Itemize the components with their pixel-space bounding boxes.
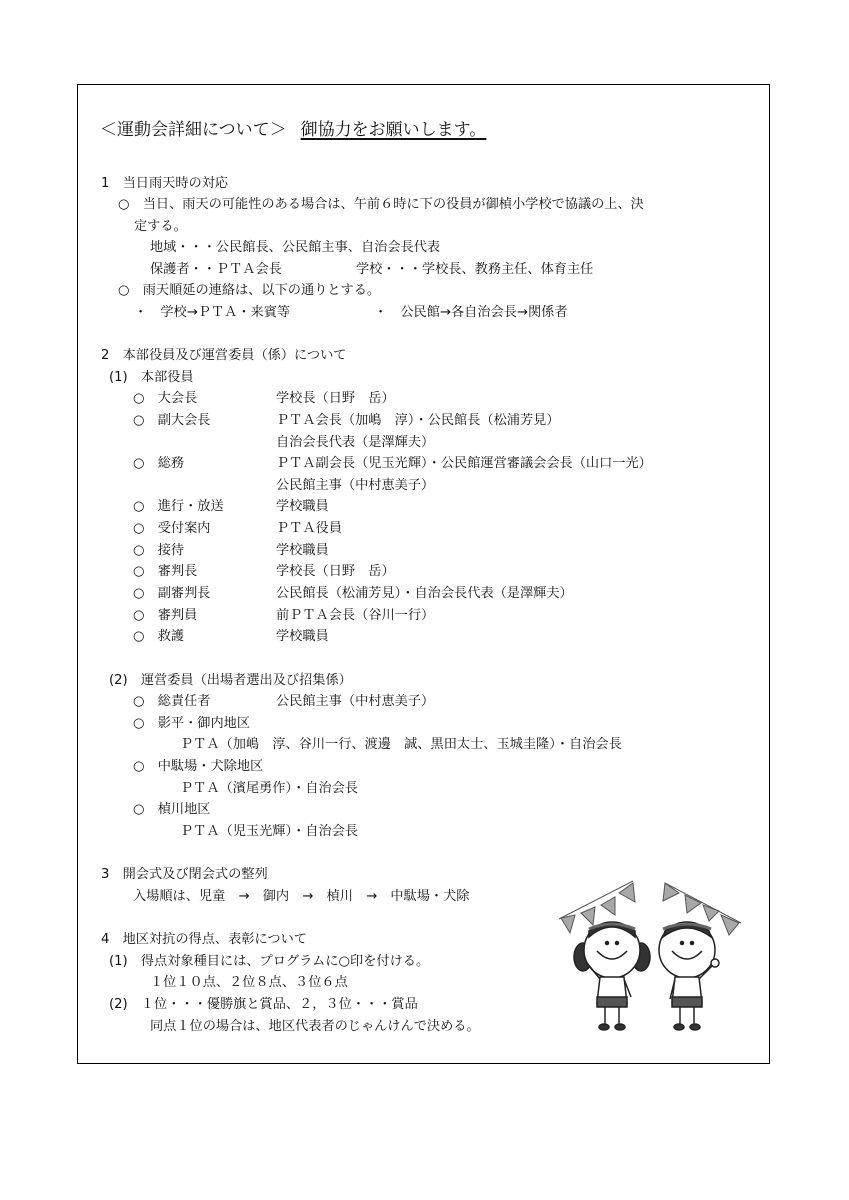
- girl-figure-icon: [574, 922, 650, 1030]
- role-label: ○ 救護: [133, 629, 184, 645]
- section2-heading: 2 本部役員及び運営委員（係）について: [101, 348, 347, 364]
- chief-value: 公民館主事（中村恵美子）: [276, 694, 434, 710]
- role-value: 前ＰＴＡ会長（谷川一行）: [276, 608, 434, 624]
- role-value: ＰＴＡ役員: [276, 521, 342, 537]
- section2-sub1-heading: (1) 本部役員: [109, 370, 194, 386]
- role-value: 学校職員: [276, 499, 329, 515]
- district-name: ○ 影平・御内地区: [133, 716, 250, 732]
- role-label: ○ 副審判長: [133, 586, 210, 602]
- bunting-flags-icon: [559, 881, 741, 935]
- page-title: ＜運動会詳細について＞御協力をお願いします。: [100, 119, 486, 141]
- section3-heading: 3 開会式及び閉会式の整列: [101, 867, 268, 883]
- role-label: ○ 総務: [133, 456, 184, 472]
- section4-heading: 4 地区対抗の得点、表彰について: [101, 932, 307, 948]
- role-label: ○ 副大会長: [133, 413, 210, 429]
- scoring-points: １位１０点、２位８点、３位６点: [150, 975, 348, 991]
- section1-region-line: 地域・・・公民館長、公民館主事、自治会長代表: [150, 240, 440, 256]
- section1-contact-b: ・ 公民館→各自治会長→関係者: [374, 305, 568, 321]
- section1-contact-a: ・ 学校→ＰＴＡ・来賓等: [134, 305, 290, 321]
- district-name: ○ 中駄場・犬除地区: [133, 759, 263, 775]
- entry-order: 入場順は、児童 → 御内 → 楨川 → 中駄場・犬除: [133, 889, 469, 905]
- role-value: 学校長（日野 岳）: [276, 564, 395, 580]
- title-request: 御協力をお願いします。: [301, 120, 487, 140]
- awards-item: (2) １位・・・優勝旗と賞品、２，３位・・・賞品: [109, 997, 418, 1013]
- role-value-cont: 自治会長代表（是澤輝夫）: [276, 435, 434, 451]
- role-label: ○ 審判長: [133, 564, 197, 580]
- role-value: ＰＴＡ会長（加嶋 淳）・公民館長（松浦芳見）: [276, 413, 560, 429]
- role-label: ○ 審判員: [133, 608, 197, 624]
- role-label: ○ 進行・放送: [133, 499, 224, 515]
- section1-heading: 1 当日雨天時の対応: [101, 176, 228, 192]
- role-value: 学校長（日野 岳）: [276, 391, 395, 407]
- boy-figure-icon: [659, 922, 719, 1030]
- role-value: 学校職員: [276, 543, 329, 559]
- section1-item1-line2: 定する。: [134, 219, 187, 235]
- role-value: 学校職員: [276, 629, 329, 645]
- role-value: 公民館長（松浦芳見）・自治会長代表（是澤輝夫）: [276, 586, 573, 602]
- role-label: ○ 受付案内: [133, 521, 210, 537]
- section1-school-line: 学校・・・学校長、教務主任、体育主任: [356, 262, 593, 278]
- section2-sub2-heading: (2) 運営委員（出場者選出及び招集係）: [109, 673, 352, 689]
- district-members: ＰＴＡ（濱尾勇作）・自治会長: [180, 781, 358, 797]
- section1-item2: ○ 雨天順延の連絡は、以下の通りとする。: [118, 283, 380, 299]
- section1-guardian-line: 保護者・・ＰＴＡ会長: [150, 262, 282, 278]
- chief-role: ○ 総責任者: [133, 694, 210, 710]
- role-label: ○ 大会長: [133, 391, 197, 407]
- section1-item1-line1: ○ 当日、雨天の可能性のある場合は、午前６時に下の役員が御楨小学校で協議の上、決: [118, 197, 644, 213]
- tie-break-note: 同点１位の場合は、地区代表者のじゃんけんで決める。: [150, 1019, 480, 1035]
- role-value: ＰＴＡ副会長（児玉光輝）・公民館運営審議会会長（山口一光）: [276, 456, 652, 472]
- role-label: ○ 接待: [133, 543, 184, 559]
- scoring-item: (1) 得点対象種目には、プログラムに○印を付ける。: [109, 954, 429, 970]
- district-members: ＰＴＡ（児玉光輝）・自治会長: [180, 824, 358, 840]
- district-name: ○ 楨川地区: [133, 802, 210, 818]
- role-value-cont: 公民館主事（中村恵美子）: [276, 478, 434, 494]
- district-members: ＰＴＡ（加嶋 淳、谷川一行、渡邊 誠、黒田太士、玉城圭隆）・自治会長: [180, 737, 622, 753]
- title-topic: ＜運動会詳細について＞: [100, 120, 287, 140]
- children-bunting-illustration: [553, 875, 748, 1045]
